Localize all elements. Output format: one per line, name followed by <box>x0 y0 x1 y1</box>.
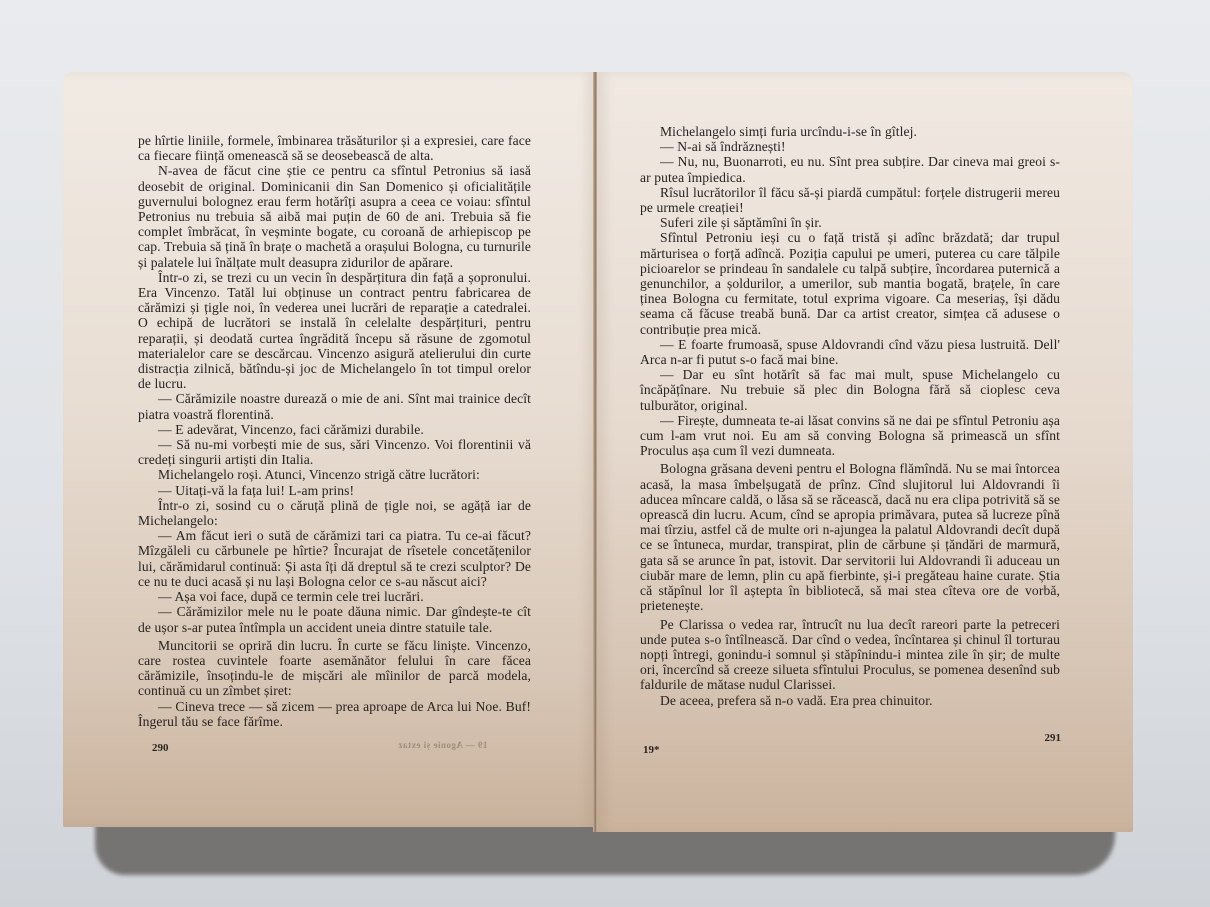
paragraph: — Cărămizilor mele nu le poate dăuna nim… <box>138 604 531 634</box>
paragraph: Într-o zi, sosind cu o căruță plină de ț… <box>138 498 531 528</box>
paragraph: Sfîntul Petroniu ieși cu o față tristă ș… <box>640 230 1060 336</box>
paragraph: Michelangelo simți furia urcîndu-i-se în… <box>640 124 1060 139</box>
paragraph: — Să nu-mi vorbești mie de sus, sări Vin… <box>138 437 531 467</box>
open-book: pe hîrtie liniile, formele, îmbinarea tr… <box>0 0 1210 907</box>
paragraph: De aceea, prefera să n-o vadă. Era prea … <box>640 693 1060 708</box>
paragraph: — Nu, nu, Buonarroti, eu nu. Sînt prea s… <box>640 154 1060 184</box>
left-page-text: pe hîrtie liniile, formele, îmbinarea tr… <box>138 133 531 729</box>
paragraph: — Cineva trece — să zicem — prea aproape… <box>138 699 531 729</box>
paragraph: Într-o zi, se trezi cu un vecin în despă… <box>138 270 531 392</box>
paragraph: — E foarte frumoasă, spuse Aldovrandi cî… <box>640 337 1060 367</box>
paragraph: Bologna grăsana deveni pentru el Bologna… <box>640 461 1060 613</box>
paragraph: Muncitorii se opriră din lucru. În curte… <box>138 638 531 699</box>
page-number-left: 290 <box>152 742 169 754</box>
paragraph: — N-ai să îndrăznești! <box>640 139 1060 154</box>
paragraph: — Așa voi face, după ce termin cele trei… <box>138 589 531 604</box>
paragraph: — Firește, dumneata te-ai lăsat convins … <box>640 413 1060 459</box>
paragraph: Rîsul lucrătorilor îl făcu să-și piardă … <box>640 185 1060 215</box>
paragraph: Suferi zile și săptămîni în șir. <box>640 215 1060 230</box>
paragraph: pe hîrtie liniile, formele, îmbinarea tr… <box>138 133 531 163</box>
left-page: pe hîrtie liniile, formele, îmbinarea tr… <box>63 72 595 827</box>
bleed-through-footer: 19 — Agonie și extaz <box>398 740 488 750</box>
page-number-right: 291 <box>1045 732 1062 744</box>
paragraph: — Am făcut ieri o sută de cărămizi tari … <box>138 528 531 589</box>
paragraph: — E adevărat, Vincenzo, faci cărămizi du… <box>138 422 531 437</box>
paragraph: Pe Clarissa o vedea rar, întrucît nu lua… <box>640 617 1060 693</box>
right-page-text: Michelangelo simți furia urcîndu-i-se în… <box>640 124 1060 708</box>
paragraph: — Cărămizile noastre durează o mie de an… <box>138 391 531 421</box>
paragraph: N-avea de făcut cine știe ce pentru ca s… <box>138 163 531 269</box>
paragraph: — Uitați-vă la fața lui! L-am prins! <box>138 483 531 498</box>
paragraph: — Dar eu sînt hotărît să fac mai mult, s… <box>640 367 1060 413</box>
signature-mark: 19* <box>643 744 660 756</box>
right-page: Michelangelo simți furia urcîndu-i-se în… <box>597 72 1133 832</box>
paragraph: Michelangelo roși. Atunci, Vincenzo stri… <box>138 467 531 482</box>
